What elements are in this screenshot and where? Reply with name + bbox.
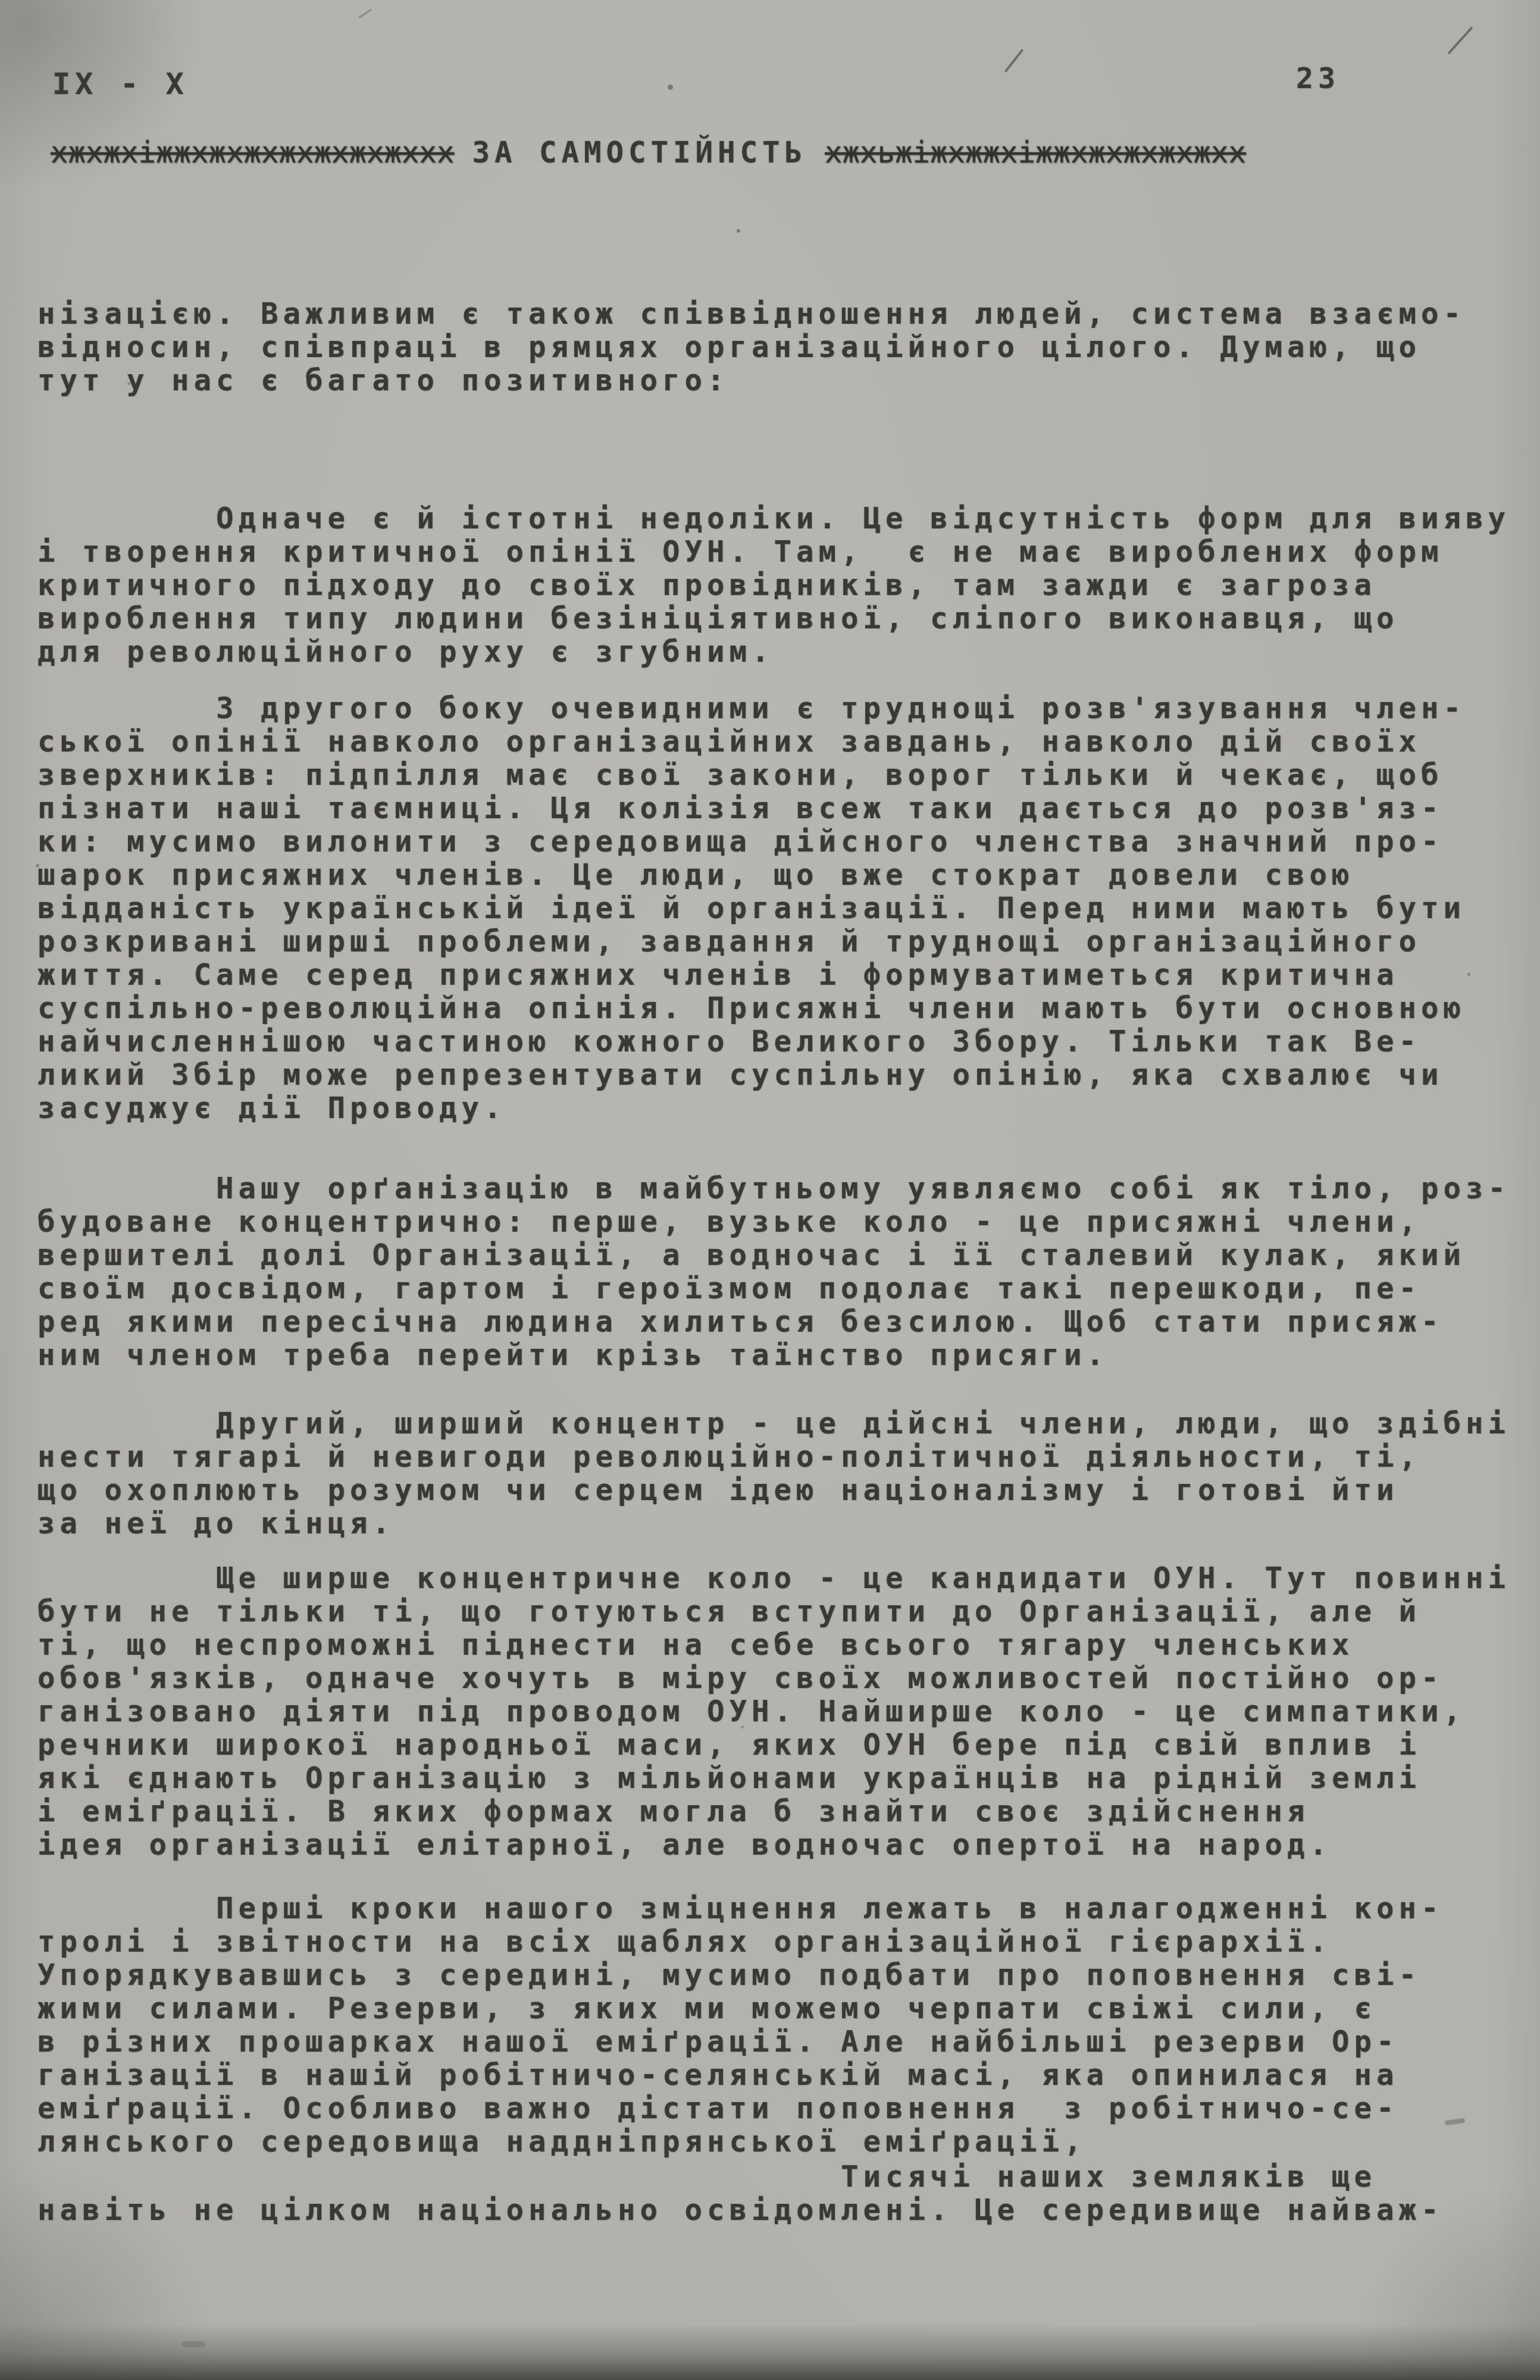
- page-number: 23: [1296, 62, 1340, 95]
- bottom-shadow: [0, 2323, 1540, 2380]
- strikeout-left: хжхжхіжжхжхжхжхжхжхжххх: [51, 136, 455, 170]
- paragraph-2: Одначе є й істотні недоліки. Це відсутні…: [37, 502, 1513, 669]
- paragraph-7: Перші кроки нашого зміцнення лежать в на…: [37, 1892, 1513, 2159]
- paragraph-3: З другого боку очевидними є труднощі роз…: [37, 692, 1513, 1125]
- paragraph-4: Нашу орґанізацію в майбутньому уявляємо …: [37, 1172, 1513, 1372]
- paragraph-1: нізацією. Важливим є також співвідношенн…: [37, 297, 1513, 397]
- scanned-document-page: IX - X 23 хжхжхіжжхжхжхжхжхжхжххх ЗА САМ…: [0, 0, 1540, 2380]
- title-row: хжхжхіжжхжхжхжхжхжхжххх ЗА САМОСТІЙНСТЬ …: [51, 136, 1246, 170]
- section-label: IX - X: [52, 67, 189, 101]
- paragraph-8: Тисячі наших земляків ще навіть не цілко…: [37, 2160, 1513, 2227]
- paragraph-6: Ще ширше концентричне коло - це кандидат…: [37, 1562, 1513, 1862]
- page-title: ЗА САМОСТІЙНСТЬ: [472, 136, 807, 170]
- paragraph-5: Другий, ширший концентр - це дійсні член…: [37, 1407, 1513, 1540]
- strikeout-right: хжхьжіжхжжхіжжхжхжхжхжхх: [825, 136, 1246, 170]
